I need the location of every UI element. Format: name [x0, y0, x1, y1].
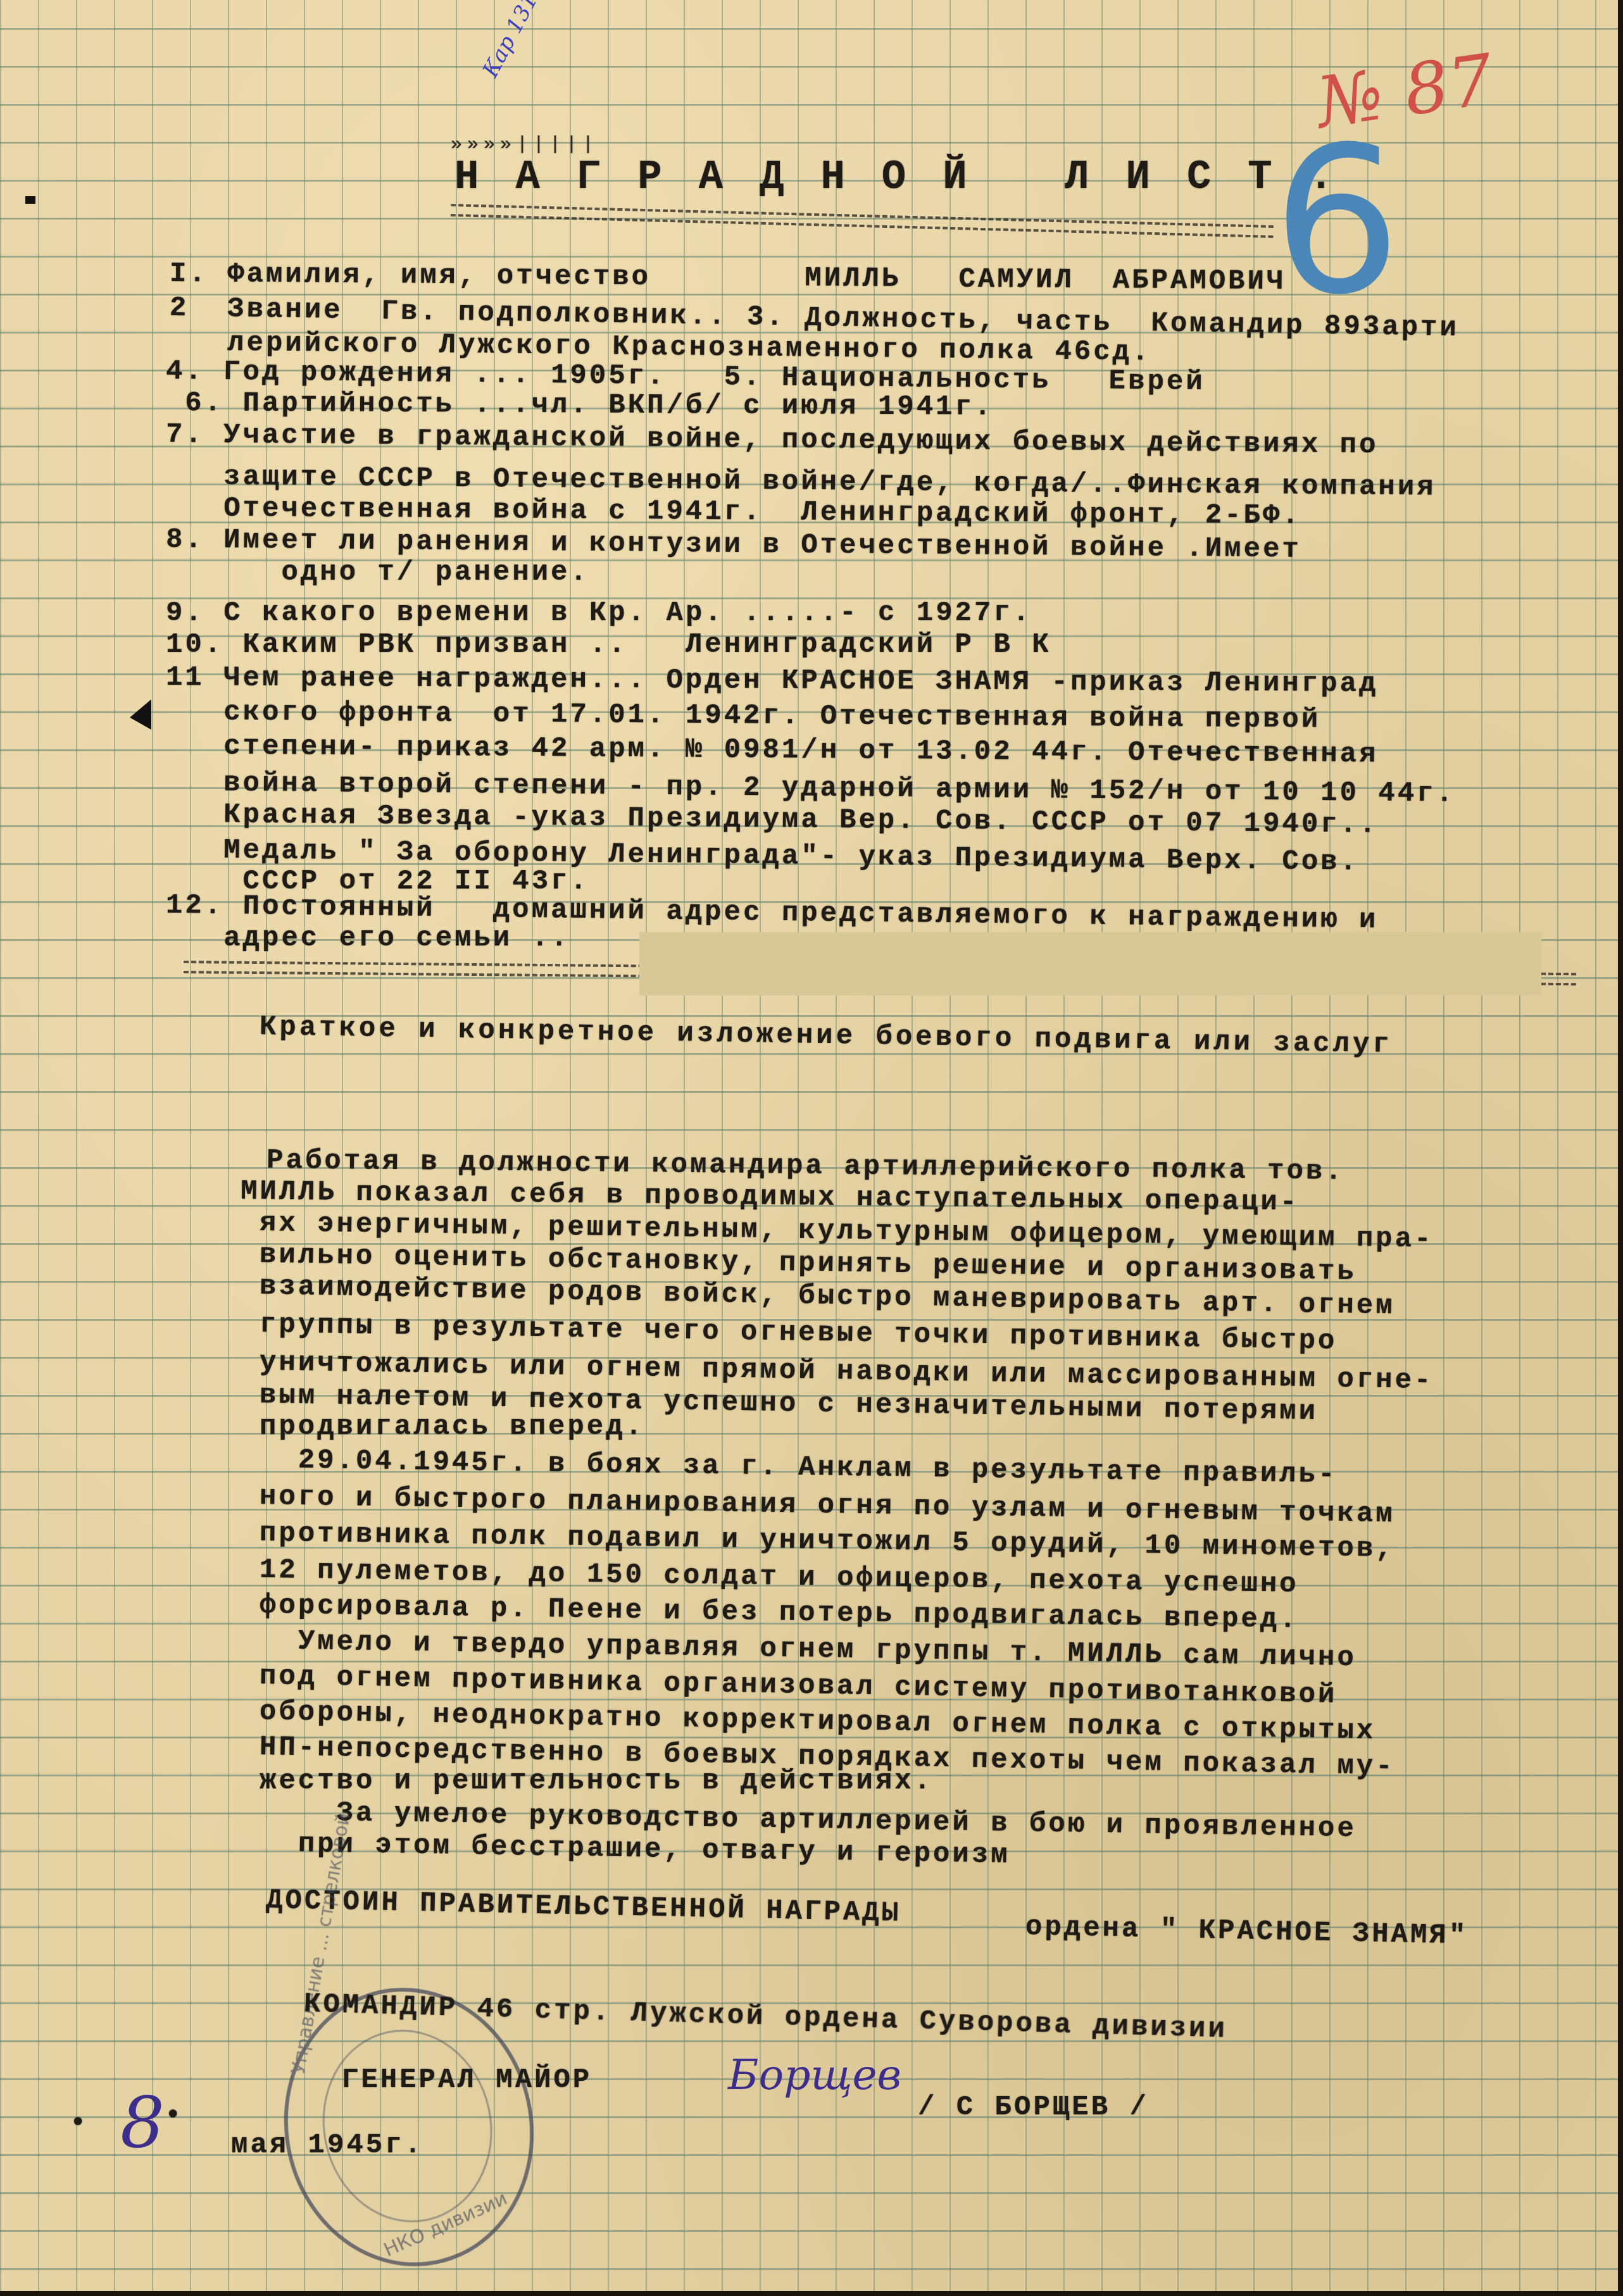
commander-rank: ГЕНЕРАЛ МАЙОР [342, 2064, 592, 2096]
commander-name: / С БОРЩЕВ / [918, 2092, 1149, 2123]
field-11-cont-2: степени- приказ 42 арм. № 0981/н от 13.0… [166, 730, 1379, 770]
punch-hole [130, 699, 151, 730]
date-bullet: • [70, 2107, 89, 2139]
award-sheet-page: Кар 1311/165 № 87 6 »»»»||||| НАГРАДНОЙ … [0, 0, 1618, 2291]
punch-hole [25, 196, 35, 204]
field-8-cont: одно т/ ранение. [166, 557, 589, 589]
field-12-cont: адрес его семьи .. [166, 923, 570, 954]
tick-marks: »»»»||||| [451, 134, 599, 156]
document-title: НАГРАДНОЙ ЛИСТ. [454, 155, 1370, 201]
section-heading: Краткое и конкретное изложение боевого п… [260, 1011, 1393, 1061]
field-11-awards: 11 Чем ранее награжден... Орден КРАСНОЕ … [166, 662, 1379, 700]
field-7-participation: 7. Участие в гражданской войне, последую… [166, 419, 1379, 461]
field-6-party: 6. Партийность ...чл. ВКП/б/ с июля 1941… [166, 387, 994, 423]
date-day-handwritten: 8 [120, 2082, 165, 2163]
address-redaction [639, 932, 1541, 995]
date-month-year: мая 1945г. [231, 2130, 423, 2161]
field-9-service-since: 9. С какого времени в Кр. Ар. .....- с 1… [166, 597, 1032, 629]
field-11-cont-1: ского фронта от 17.01. 1942г. Отечествен… [166, 696, 1321, 736]
narrative-line: жество и решительность в действиях. [260, 1766, 933, 1797]
award-name: ордена " КРАСНОЕ ЗНАМЯ" [1025, 1911, 1468, 1952]
handwritten-signature: Борщев [728, 2050, 901, 2099]
blue-pencil-number: 6 [1272, 120, 1401, 323]
title-underline [451, 204, 1274, 238]
award-recommendation: ДОСТОИН ПРАВИТЕЛЬСТВЕННОЙ НАГРАДЫ [265, 1885, 901, 1930]
archive-note: Кар 1311/165 [478, 0, 572, 82]
field-10-conscription: 10. Каким РВК призван .. Ленинградский Р… [166, 629, 1051, 661]
date-bullet-2: • [165, 2100, 184, 2131]
narrative-line: продвигалась вперед. [260, 1411, 644, 1443]
field-1-name: I. Фамилия, имя, отчество МИЛЛЬ САМУИЛ А… [170, 258, 1286, 297]
